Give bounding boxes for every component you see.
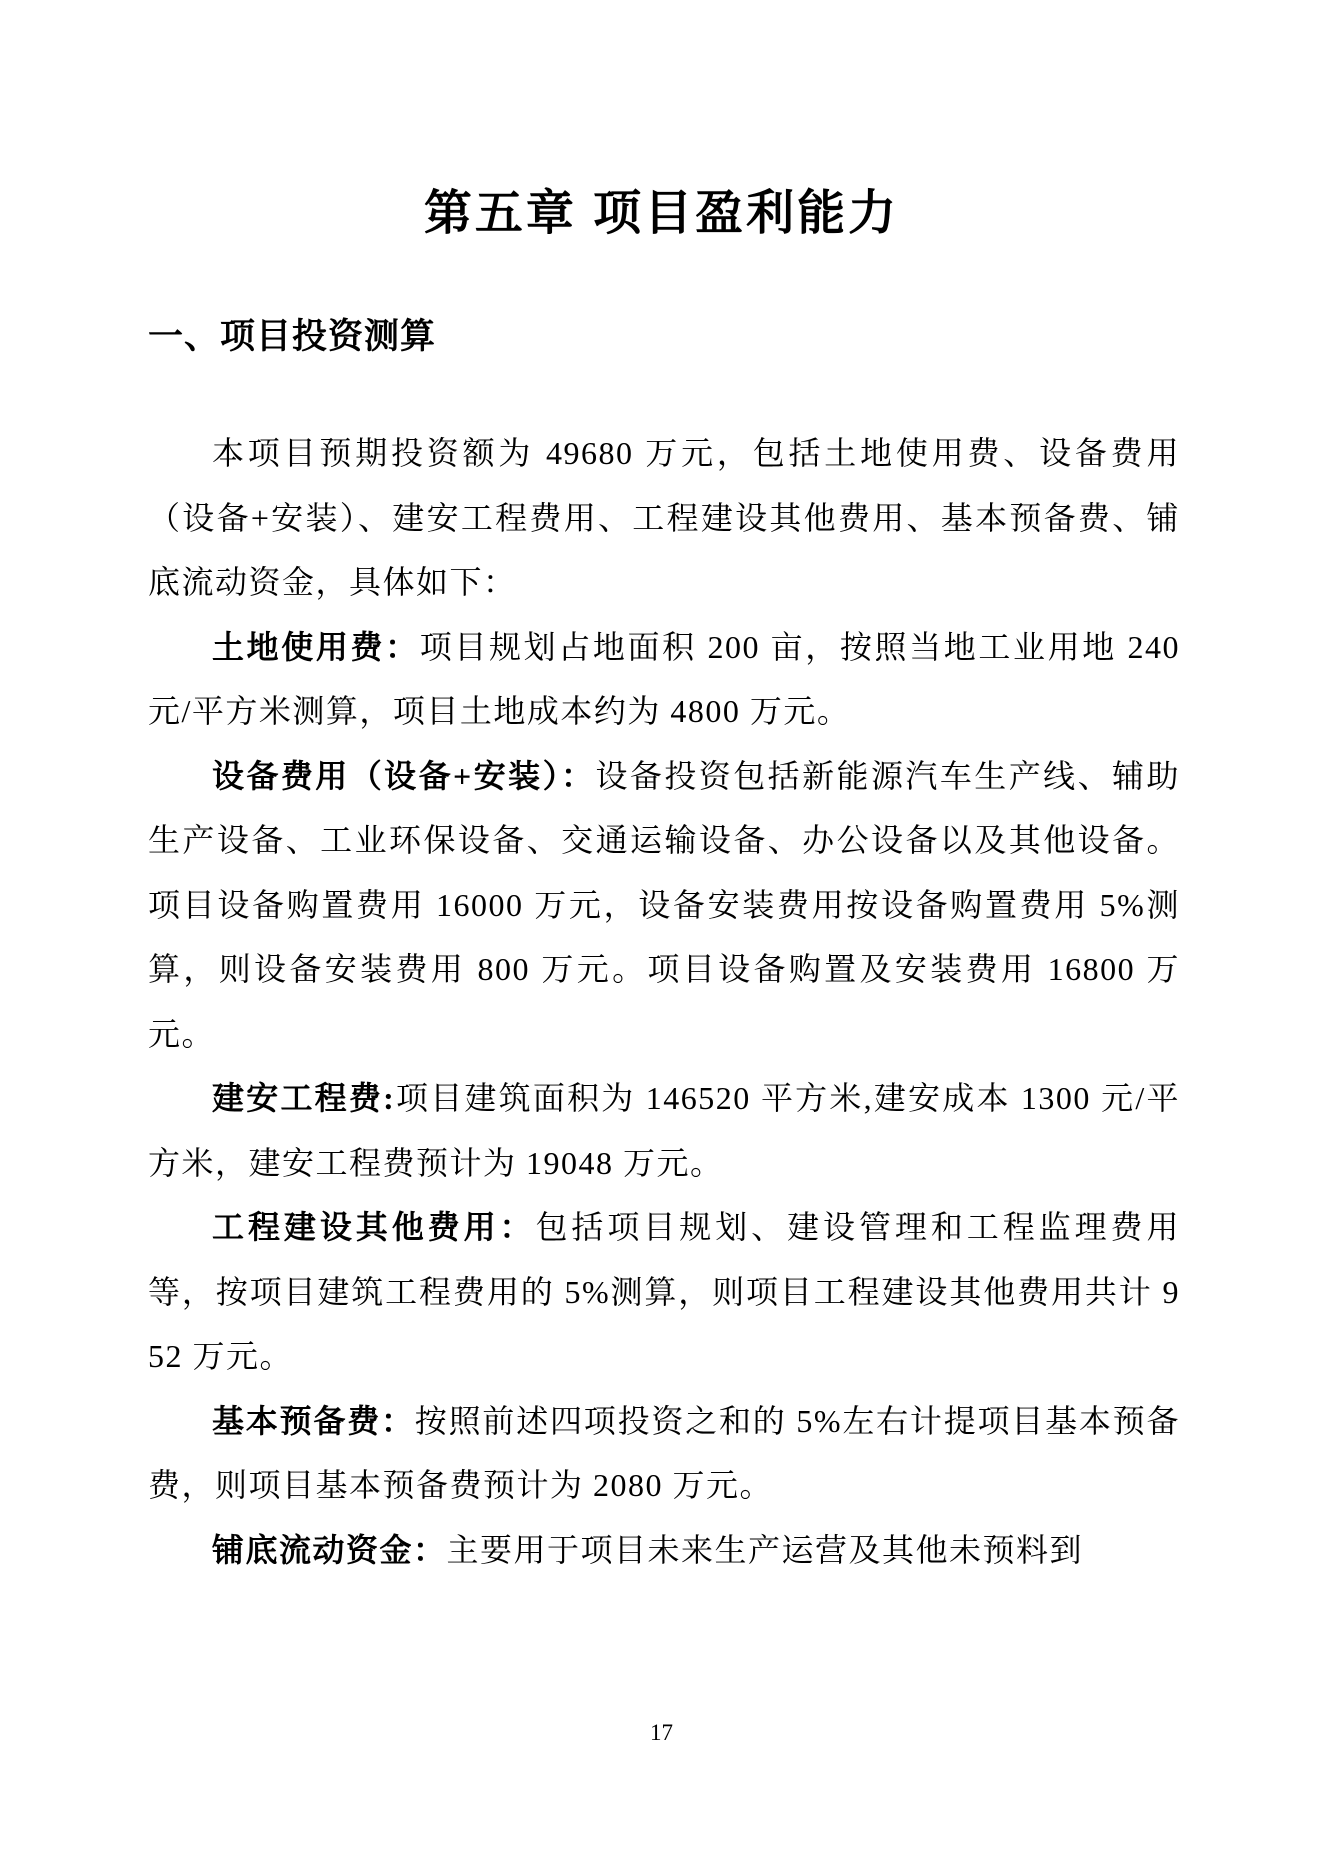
document-body: 一、项目投资测算 本项目预期投资额为 49680 万元，包括土地使用费、设备费用… — [148, 313, 1180, 1582]
chapter-title: 第五章 项目盈利能力 — [0, 183, 1323, 245]
document-page: 第五章 项目盈利能力 一、项目投资测算 本项目预期投资额为 49680 万元，包… — [0, 0, 1323, 1871]
paragraph-construction-cost: 建安工程费:项目建筑面积为 146520 平方米,建安成本 1300 元/平方米… — [148, 1066, 1180, 1195]
paragraph-lead: 基本预备费： — [212, 1403, 415, 1439]
paragraph-lead: 设备费用（设备+安装）： — [212, 758, 595, 794]
paragraph-lead: 铺底流动资金： — [212, 1532, 447, 1568]
page-number: 17 — [0, 1720, 1323, 1746]
paragraph-text: 本项目预期投资额为 49680 万元，包括土地使用费、设备费用（设备+安装）、建… — [148, 435, 1180, 600]
paragraph-lead: 工程建设其他费用： — [212, 1209, 535, 1245]
paragraph-equipment-cost: 设备费用（设备+安装）：设备投资包括新能源汽车生产线、辅助生产设备、工业环保设备… — [148, 744, 1180, 1067]
paragraph-intro: 本项目预期投资额为 49680 万元，包括土地使用费、设备费用（设备+安装）、建… — [148, 421, 1180, 615]
paragraph-other-engineering-cost: 工程建设其他费用：包括项目规划、建设管理和工程监理费用等，按项目建筑工程费用的 … — [148, 1195, 1180, 1389]
paragraph-lead: 建安工程费: — [212, 1080, 395, 1116]
paragraph-basic-reserve-fee: 基本预备费：按照前述四项投资之和的 5%左右计提项目基本预备费，则项目基本预备费… — [148, 1389, 1180, 1518]
paragraph-working-capital: 铺底流动资金：主要用于项目未来生产运营及其他未预料到 — [148, 1518, 1180, 1583]
section-heading-investment-estimate: 一、项目投资测算 — [148, 313, 1180, 361]
paragraph-text: 主要用于项目未来生产运营及其他未预料到 — [447, 1532, 1084, 1568]
paragraph-land-use-fee: 土地使用费：项目规划占地面积 200 亩，按照当地工业用地 240 元/平方米测… — [148, 615, 1180, 744]
paragraph-lead: 土地使用费： — [212, 629, 420, 665]
paragraph-text: 设备投资包括新能源汽车生产线、辅助生产设备、工业环保设备、交通运输设备、办公设备… — [148, 758, 1180, 1052]
